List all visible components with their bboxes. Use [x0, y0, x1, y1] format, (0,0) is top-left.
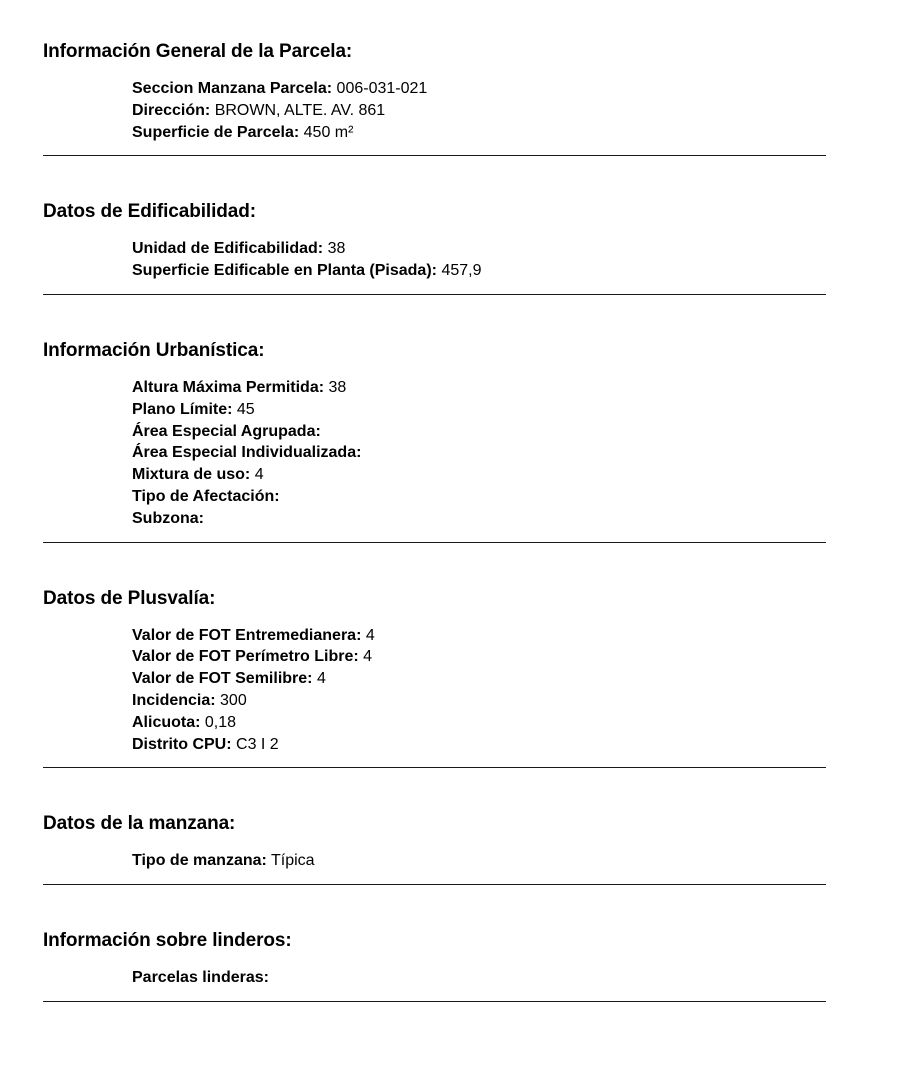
field-label: Distrito CPU:: [132, 736, 232, 753]
field-superficie-parcela: Superficie de Parcela: 450 m²: [132, 122, 826, 144]
field-list: Valor de FOT Entremedianera: 4 Valor de …: [132, 625, 826, 756]
parcel-report: Información General de la Parcela: Secci…: [43, 40, 826, 1002]
field-value: Típica: [271, 852, 315, 869]
field-value: 006-031-021: [337, 80, 428, 97]
field-value: 4: [366, 627, 375, 644]
field-fot-entremedianera: Valor de FOT Entremedianera: 4: [132, 625, 826, 647]
field-mixtura-uso: Mixtura de uso: 4: [132, 464, 826, 486]
section-title: Información General de la Parcela:: [43, 40, 826, 64]
field-value: 300: [220, 692, 247, 709]
section-title: Datos de Plusvalía:: [43, 587, 826, 611]
field-label: Plano Límite:: [132, 401, 232, 418]
field-label: Seccion Manzana Parcela:: [132, 80, 332, 97]
field-value: C3 I 2: [236, 736, 279, 753]
field-label: Valor de FOT Perímetro Libre:: [132, 648, 359, 665]
field-label: Superficie Edificable en Planta (Pisada)…: [132, 262, 437, 279]
field-value: 4: [363, 648, 372, 665]
field-area-especial-individualizada: Área Especial Individualizada:: [132, 442, 826, 464]
field-value: 4: [255, 466, 264, 483]
section-title: Información Urbanística:: [43, 339, 826, 363]
section-divider: [43, 884, 826, 885]
field-label: Subzona:: [132, 510, 204, 527]
section-manzana: Datos de la manzana: Tipo de manzana: Tí…: [43, 812, 826, 885]
section-title: Datos de la manzana:: [43, 812, 826, 836]
field-fot-semilibre: Valor de FOT Semilibre: 4: [132, 668, 826, 690]
field-distrito-cpu: Distrito CPU: C3 I 2: [132, 734, 826, 756]
field-plano-limite: Plano Límite: 45: [132, 399, 826, 421]
field-value: 45: [237, 401, 255, 418]
section-divider: [43, 767, 826, 768]
field-list: Seccion Manzana Parcela: 006-031-021 Dir…: [132, 78, 826, 143]
field-label: Valor de FOT Semilibre:: [132, 670, 313, 687]
field-tipo-afectacion: Tipo de Afectación:: [132, 486, 826, 508]
field-list: Unidad de Edificabilidad: 38 Superficie …: [132, 238, 826, 282]
field-value: 4: [317, 670, 326, 687]
section-informacion-general: Información General de la Parcela: Secci…: [43, 40, 826, 156]
section-divider: [43, 155, 826, 156]
field-unidad-edificabilidad: Unidad de Edificabilidad: 38: [132, 238, 826, 260]
section-title: Información sobre linderos:: [43, 929, 826, 953]
section-urbanistica: Información Urbanística: Altura Máxima P…: [43, 339, 826, 543]
field-alicuota: Alicuota: 0,18: [132, 712, 826, 734]
field-value: 38: [328, 240, 346, 257]
field-label: Parcelas linderas:: [132, 969, 269, 986]
field-label: Área Especial Agrupada:: [132, 423, 321, 440]
field-list: Altura Máxima Permitida: 38 Plano Límite…: [132, 377, 826, 530]
field-altura-maxima: Altura Máxima Permitida: 38: [132, 377, 826, 399]
section-divider: [43, 542, 826, 543]
field-value: 457,9: [441, 262, 481, 279]
field-incidencia: Incidencia: 300: [132, 690, 826, 712]
field-label: Dirección:: [132, 102, 210, 119]
field-label: Alicuota:: [132, 714, 200, 731]
field-label: Superficie de Parcela:: [132, 124, 299, 141]
field-value: BROWN, ALTE. AV. 861: [215, 102, 385, 119]
field-direccion: Dirección: BROWN, ALTE. AV. 861: [132, 100, 826, 122]
field-subzona: Subzona:: [132, 508, 826, 530]
field-value: 450 m²: [304, 124, 354, 141]
field-label: Incidencia:: [132, 692, 216, 709]
field-tipo-manzana: Tipo de manzana: Típica: [132, 850, 826, 872]
field-superficie-edificable: Superficie Edificable en Planta (Pisada)…: [132, 260, 826, 282]
field-label: Tipo de manzana:: [132, 852, 267, 869]
field-area-especial-agrupada: Área Especial Agrupada:: [132, 421, 826, 443]
section-plusvalia: Datos de Plusvalía: Valor de FOT Entreme…: [43, 587, 826, 769]
section-divider: [43, 294, 826, 295]
field-fot-perimetro-libre: Valor de FOT Perímetro Libre: 4: [132, 646, 826, 668]
field-label: Unidad de Edificabilidad:: [132, 240, 323, 257]
field-label: Altura Máxima Permitida:: [132, 379, 324, 396]
field-value: 0,18: [205, 714, 236, 731]
field-list: Tipo de manzana: Típica: [132, 850, 826, 872]
field-label: Área Especial Individualizada:: [132, 444, 361, 461]
field-label: Valor de FOT Entremedianera:: [132, 627, 361, 644]
field-label: Mixtura de uso:: [132, 466, 250, 483]
section-linderos: Información sobre linderos: Parcelas lin…: [43, 929, 826, 1002]
field-value: 38: [329, 379, 347, 396]
field-list: Parcelas linderas:: [132, 967, 826, 989]
section-edificabilidad: Datos de Edificabilidad: Unidad de Edifi…: [43, 200, 826, 295]
section-divider: [43, 1001, 826, 1002]
field-label: Tipo de Afectación:: [132, 488, 280, 505]
field-seccion-manzana-parcela: Seccion Manzana Parcela: 006-031-021: [132, 78, 826, 100]
field-parcelas-linderas: Parcelas linderas:: [132, 967, 826, 989]
section-title: Datos de Edificabilidad:: [43, 200, 826, 224]
